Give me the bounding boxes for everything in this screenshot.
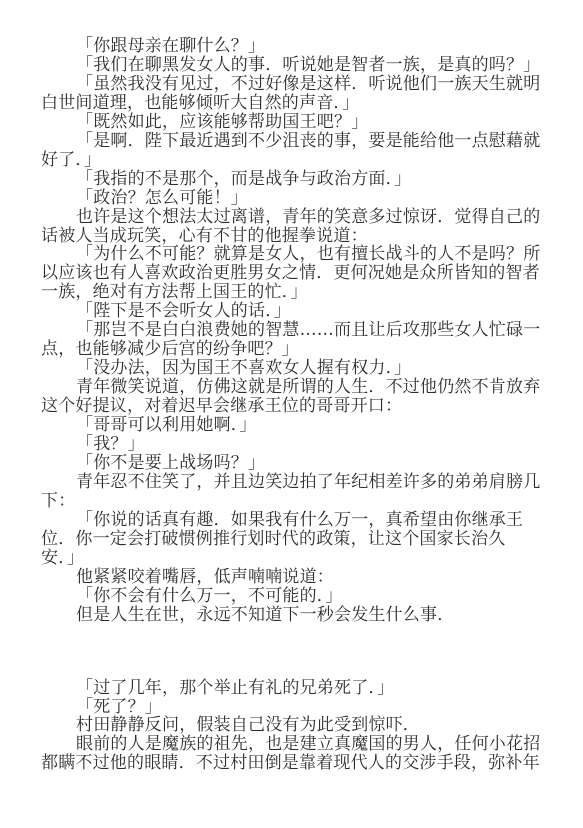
scene-block-1: 「你跟母亲在聊什么？」「我们在聊黑发女人的事．听说她是智者一族，是真的吗？」「虽… [41,37,551,625]
text-line: 白世间道理，也能够倾听大自然的声音．」 [41,94,551,113]
text-line: 好了．」 [41,151,551,170]
text-line: 眼前的人是魔族的祖先，也是建立真魔国的男人，任何小花招 [41,735,551,754]
scene-block-2: 「过了几年，那个举止有礼的兄弟死了．」「死了？」村田静静反问，假装自己没有为此受… [41,679,551,774]
text-line: 一族，绝对有方法帮上国王的忙．」 [41,283,551,302]
page-text-content: 「你跟母亲在聊什么？」「我们在聊黑发女人的事．听说她是智者一族，是真的吗？」「虽… [41,37,551,773]
text-line: 他紧紧咬着嘴唇，低声喃喃说道： [41,568,551,587]
text-line: 村田静静反问，假装自己没有为此受到惊吓． [41,716,551,735]
text-line: 「那岂不是白白浪费她的智慧……而且让后攻那些女人忙碌一 [41,321,551,340]
text-line: 下： [41,492,551,511]
text-line: 「我指的不是那个，而是战争与政治方面．」 [41,170,551,189]
book-page: 「你跟母亲在聊什么？」「我们在聊黑发女人的事．听说她是智者一族，是真的吗？」「虽… [0,0,583,828]
text-line: 「死了？」 [41,698,551,717]
text-line: 「政治？怎么可能！」 [41,189,551,208]
text-line: 「我？」 [41,435,551,454]
text-line: 但是人生在世，永远不知道下一秒会发生什么事． [41,606,551,625]
text-line: 都瞒不过他的眼睛．不过村田倒是靠着现代人的交涉手段，弥补年 [41,754,551,773]
text-line: 「过了几年，那个举止有礼的兄弟死了．」 [41,679,551,698]
text-line: 「陛下是不会听女人的话．」 [41,302,551,321]
text-line: 「为什么不可能？就算是女人，也有擅长战斗的人不是吗？所 [41,245,551,264]
text-line: 「哥哥可以利用她啊．」 [41,416,551,435]
text-line: 「你不是要上战场吗？」 [41,454,551,473]
text-line: 安．」 [41,549,551,568]
text-line: 话被人当成玩笑，心有不甘的他握拳说道： [41,227,551,246]
text-line: 青年忍不住笑了，并且边笑边拍了年纪相差许多的弟弟肩膀几 [41,473,551,492]
text-line: 「虽然我没有见过，不过好像是这样．听说他们一族天生就明 [41,75,551,94]
text-line: 以应该也有人喜欢政治更胜男女之情．更何况她是众所皆知的智者 [41,264,551,283]
text-line: 「你不会有什么万一，不可能的．」 [41,587,551,606]
text-line: 「你跟母亲在聊什么？」 [41,37,551,56]
text-line: 「是啊．陛下最近遇到不少沮丧的事，要是能给他一点慰藉就 [41,132,551,151]
text-line: 也许是这个想法太过离谱，青年的笑意多过惊讶．觉得自己的 [41,208,551,227]
text-line: 「既然如此，应该能够帮助国王吧？」 [41,113,551,132]
text-line: 青年微笑说道，仿佛这就是所谓的人生．不过他仍然不肯放弃 [41,378,551,397]
text-line: 「你说的话真有趣．如果我有什么万一，真希望由你继承王 [41,511,551,530]
text-line: 这个好提议，对着迟早会继承王位的哥哥开口： [41,397,551,416]
text-line: 「没办法，因为国王不喜欢女人握有权力．」 [41,359,551,378]
text-line: 点，也能够减少后宫的纷争吧？」 [41,340,551,359]
text-line: 位．你一定会打破惯例推行划时代的政策，让这个国家长治久 [41,530,551,549]
text-line: 「我们在聊黑发女人的事．听说她是智者一族，是真的吗？」 [41,56,551,75]
